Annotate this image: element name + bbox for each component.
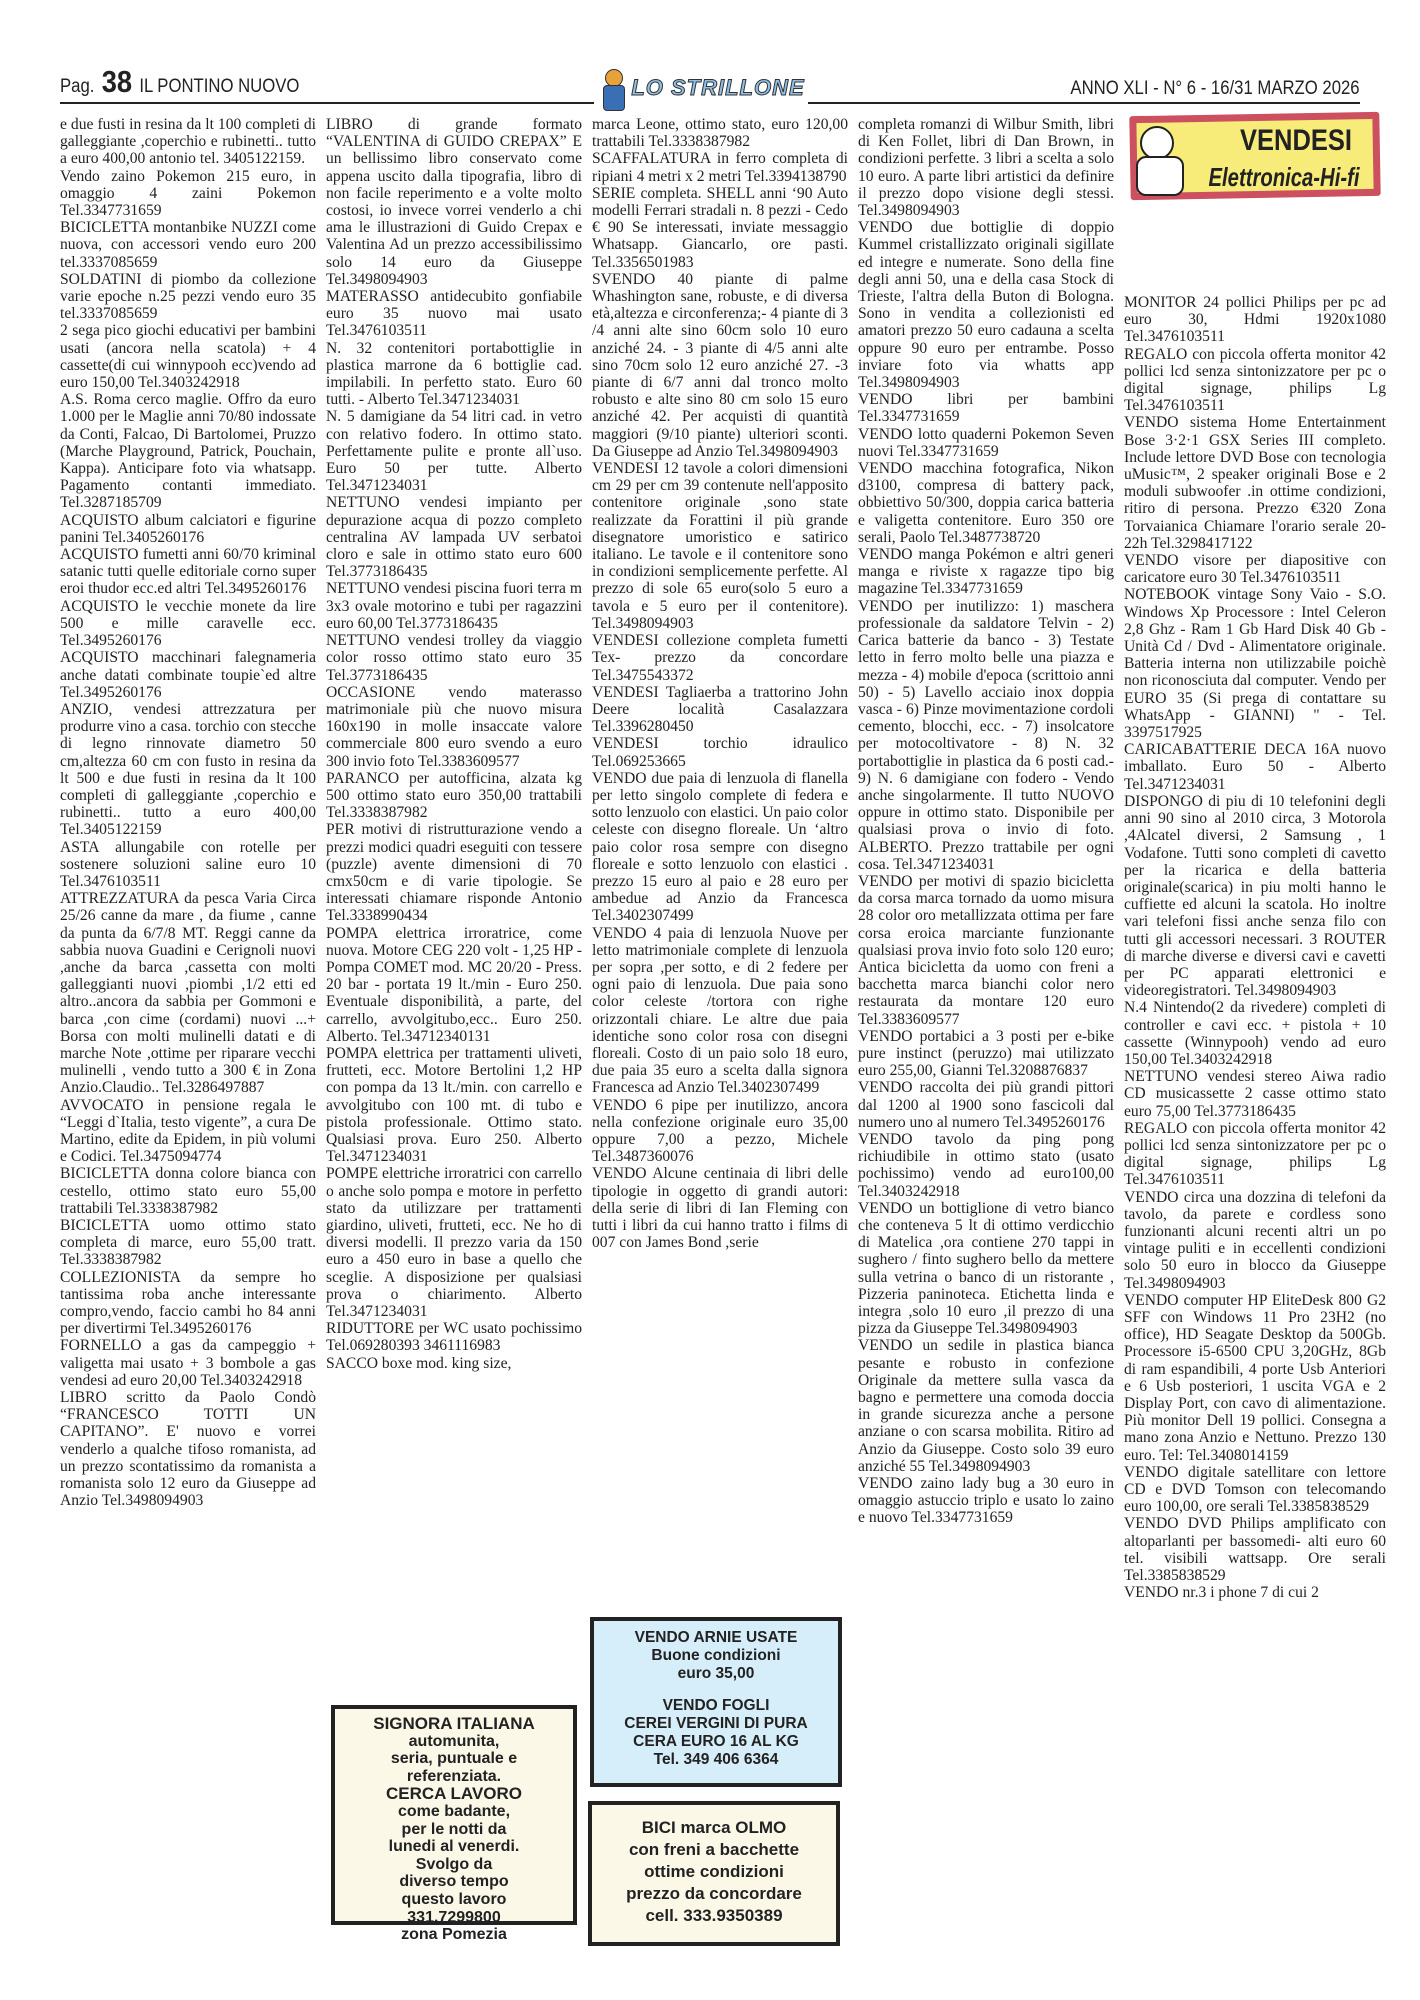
header-rule-right [808, 102, 1360, 104]
box-line: SIGNORA ITALIANA [335, 1715, 573, 1733]
box-line: questo lavoro [335, 1891, 573, 1909]
classified-ad: A.S. Roma cerco maglie. Offro da euro 1.… [60, 391, 316, 511]
classified-ad: VENDO 6 pipe per inutilizzo, ancora nell… [592, 1097, 848, 1166]
classified-ad: POMPE elettriche irroratrici con carrell… [326, 1165, 582, 1320]
lo-strillone-logo: LO STRILLONE [594, 62, 806, 114]
box-phone: cell. 333.9350389 [592, 1905, 836, 1927]
box-line: CEREI VERGINI DI PURA [594, 1715, 838, 1733]
classified-ad: LIBRO di grande formato “VALENTINA di GU… [326, 116, 582, 288]
classified-ad: MATERASSO antidecubito gonfiabile euro 3… [326, 288, 582, 340]
newsboy-icon [595, 65, 631, 111]
classified-ad: AVVOCATO in pensione regala le “Leggi d`… [60, 1097, 316, 1166]
classified-ad: e due fusti in resina da lt 100 completi… [60, 116, 316, 168]
classified-ad: N. 5 damigiane da 54 litri cad. in vetro… [326, 408, 582, 494]
classified-ad: VENDO sistema Home Entertainment Bose 3·… [1124, 414, 1386, 552]
page-header-left: Pag. 38 IL PONTINO NUOVO [60, 64, 299, 100]
column-2: LIBRO di grande formato “VALENTINA di GU… [326, 116, 582, 1372]
classified-ad: VENDESI collezione completa fumetti Tex-… [592, 632, 848, 684]
classified-ad: SACCO boxe mod. king size, [326, 1355, 582, 1372]
classified-ad: VENDO circa una dozzina di telefoni da t… [1124, 1189, 1386, 1292]
box-line: CERA EURO 16 AL KG [594, 1733, 838, 1751]
classified-ad: ACQUISTO fumetti anni 60/70 kriminal sat… [60, 546, 316, 598]
classified-ad: VENDO un bottiglione di vetro bianco che… [858, 1200, 1114, 1338]
classified-ad: SERIE completa. SHELL anni ‘90 Auto mode… [592, 185, 848, 271]
boxed-ad-bici-olmo: BICI marca OLMO con freni a bacchette ot… [588, 1801, 840, 1946]
classified-ad: ATTREZZATURA da pesca Varia Circa 25/26 … [60, 890, 316, 1096]
classified-ad: ACQUISTO macchinari falegnameria anche d… [60, 649, 316, 701]
box-line: per le notti da [335, 1821, 573, 1839]
classified-ad: RIDUTTORE per WC usato pochissimo Tel.06… [326, 1320, 582, 1354]
classified-ad: NETTUNO vendesi stereo Aiwa radio CD mus… [1124, 1068, 1386, 1120]
classified-ad: PARANCO per autofficina, alzata kg 500 o… [326, 770, 582, 822]
box-line: con freni a bacchette [592, 1839, 836, 1861]
classified-ad: marca Leone, ottimo stato, euro 120,00 t… [592, 116, 848, 150]
column-1: e due fusti in resina da lt 100 completi… [60, 116, 316, 1509]
classified-ad: VENDO visore per diapositive con caricat… [1124, 552, 1386, 586]
box-line: ottime condizioni [592, 1861, 836, 1883]
classified-ad: VENDO computer HP EliteDesk 800 G2 SFF c… [1124, 1292, 1386, 1464]
header-rule-left [60, 102, 594, 104]
box-phone: Tel. 349 406 6364 [594, 1751, 838, 1769]
classified-ad: NETTUNO vendesi piscina fuori terra m 3x… [326, 580, 582, 632]
classified-ad: VENDO due bottiglie di doppio Kummel cri… [858, 219, 1114, 391]
classified-ad: ASTA allungabile con rotelle per sostene… [60, 839, 316, 891]
classified-ad: SOLDATINI di piombo da collezione varie … [60, 271, 316, 323]
classified-ad: Vendo zaino Pokemon 215 euro, in omaggio… [60, 168, 316, 220]
box-line: diverso tempo [335, 1873, 573, 1891]
classified-ad: NETTUNO vendesi impianto per depurazione… [326, 494, 582, 580]
classified-ad: SCAFFALATURA in ferro completa di ripian… [592, 150, 848, 184]
classified-ad: VENDO due paia di lenzuola di flanella p… [592, 770, 848, 925]
classified-ad: VENDO lotto quaderni Pokemon Seven nuovi… [858, 426, 1114, 460]
classified-ad: PER motivi di ristrutturazione vendo a p… [326, 821, 582, 924]
publication-name: IL PONTINO NUOVO [139, 76, 299, 97]
box-line: VENDO FOGLI [594, 1697, 838, 1715]
box-line: euro 35,00 [594, 1665, 838, 1683]
box-line: CERCA LAVORO [335, 1785, 573, 1803]
box-line: BICI marca OLMO [592, 1817, 836, 1839]
classified-ad: REGALO con piccola offerta monitor 42 po… [1124, 1120, 1386, 1189]
classified-ad: REGALO con piccola offerta monitor 42 po… [1124, 346, 1386, 415]
box-line: zona Pomezia [335, 1926, 573, 1944]
classified-ad: VENDO DVD Philips amplificato con altopa… [1124, 1515, 1386, 1584]
box-line: referenziata. [335, 1768, 573, 1786]
classified-ad: POMPA elettrica per trattamenti uliveti,… [326, 1045, 582, 1165]
classified-ad: BICICLETTA montanbike NUZZI come nuova, … [60, 219, 316, 271]
classified-ad: VENDO nr.3 i phone 7 di cui 2 [1124, 1584, 1386, 1601]
box-line: VENDO ARNIE USATE [594, 1629, 838, 1647]
classified-ad: VENDO portabici a 3 posti per e-bike pur… [858, 1028, 1114, 1080]
classified-ad: VENDO 4 paia di lenzuola Nuove per letto… [592, 925, 848, 1097]
column-3: marca Leone, ottimo stato, euro 120,00 t… [592, 116, 848, 1251]
box-line: come badante, [335, 1803, 573, 1821]
classified-ad: NOTEBOOK vintage Sony Vaio - S.O. Window… [1124, 586, 1386, 741]
classified-ad: VENDO Alcune centinaia di libri delle ti… [592, 1165, 848, 1251]
classified-ad: ACQUISTO le vecchie monete da lire 500 e… [60, 598, 316, 650]
box-line: prezzo da concordare [592, 1883, 836, 1905]
box-line: Svolgo da [335, 1856, 573, 1874]
classified-ad: BICICLETTA donna colore bianca con ceste… [60, 1165, 316, 1217]
classified-ad: VENDO zaino lady bug a 30 euro in omaggi… [858, 1475, 1114, 1527]
classified-ad: VENDO manga Pokémon e altri generi manga… [858, 546, 1114, 598]
banner-title: VENDESI [1228, 124, 1364, 158]
classified-ad: ACQUISTO album calciatori e figurine pan… [60, 512, 316, 546]
classified-ad: completa romanzi di Wilbur Smith, libri … [858, 116, 1114, 219]
boxed-ad-signora-italiana: SIGNORA ITALIANA automunita, seria, punt… [331, 1705, 577, 1925]
box-line: automunita, [335, 1733, 573, 1751]
classified-ad: VENDESI 12 tavole a colori dimensioni cm… [592, 460, 848, 632]
issue-info: ANNO XLI - N° 6 - 16/31 MARZO 2026 [1071, 78, 1360, 100]
classified-ad: VENDO tavolo da ping pong richiudibile i… [858, 1131, 1114, 1200]
section-banner-elettronica: VENDESI Elettronica-Hi-fi [1126, 110, 1384, 202]
classified-ad: VENDESI Tagliaerba a trattorino John Dee… [592, 684, 848, 736]
classified-ad: VENDO per inutilizzo: 1) maschera profes… [858, 598, 1114, 873]
cartoon-figure-icon [1126, 122, 1194, 198]
classified-ad: N. 32 contenitori portabottiglie in plas… [326, 340, 582, 409]
classified-ad: VENDESI torchio idraulico Tel.069253665 [592, 735, 848, 769]
classified-ad: VENDO raccolta dei più grandi pittori da… [858, 1079, 1114, 1131]
classified-ad: VENDO un sedile in plastica bianca pesan… [858, 1337, 1114, 1475]
banner-subtitle: Elettronica-Hi-fi [1208, 162, 1361, 193]
column-4: completa romanzi di Wilbur Smith, libri … [858, 116, 1114, 1527]
boxed-ad-arnie-fogli: VENDO ARNIE USATE Buone condizioni euro … [590, 1617, 842, 1787]
page-prefix: Pag. [60, 76, 94, 97]
logo-text: LO STRILLONE [631, 75, 804, 101]
column-5: MONITOR 24 pollici Philips per pc ad eur… [1124, 294, 1386, 1601]
box-phone: 331.7299800 [335, 1909, 573, 1927]
classified-ad: POMPA elettrica irroratrice, come nuova.… [326, 925, 582, 1045]
classified-ad: NETTUNO vendesi trolley da viaggio color… [326, 632, 582, 684]
page-number: 38 [102, 64, 132, 99]
classified-ad: MONITOR 24 pollici Philips per pc ad eur… [1124, 294, 1386, 346]
classified-ad: BICICLETTA uomo ottimo stato completa di… [60, 1217, 316, 1269]
classified-ad: DISPONGO di piu di 10 telefonini degli a… [1124, 793, 1386, 999]
box-line: lunedi al venerdi. [335, 1838, 573, 1856]
classified-ad: LIBRO scritto da Paolo Condò “FRANCESCO … [60, 1389, 316, 1509]
classified-ad: 2 sega pico giochi educativi per bambini… [60, 322, 316, 391]
classified-ad: COLLEZIONISTA da sempre ho tantissima ro… [60, 1269, 316, 1338]
classified-ad: SVENDO 40 piante di palme Whashington sa… [592, 271, 848, 460]
classified-ad: VENDO per motivi di spazio bicicletta da… [858, 873, 1114, 1028]
classified-ad: VENDO digitale satellitare con lettore C… [1124, 1464, 1386, 1516]
box-line: seria, puntuale e [335, 1750, 573, 1768]
classified-ad: ANZIO, vendesi attrezzatura per produrre… [60, 701, 316, 839]
box-line: Buone condizioni [594, 1647, 838, 1665]
classified-ad: OCCASIONE vendo materasso matrimoniale p… [326, 684, 582, 770]
classified-ad: VENDO libri per bambini Tel.3347731659 [858, 391, 1114, 425]
classified-ad: FORNELLO a gas da campeggio + valigetta … [60, 1337, 316, 1389]
classified-ad: CARICABATTERIE DECA 16A nuovo imballato.… [1124, 741, 1386, 793]
classified-ad: N.4 Nintendo(2 da rivedere) completi di … [1124, 999, 1386, 1068]
classified-ad: VENDO macchina fotografica, Nikon d3100,… [858, 460, 1114, 546]
